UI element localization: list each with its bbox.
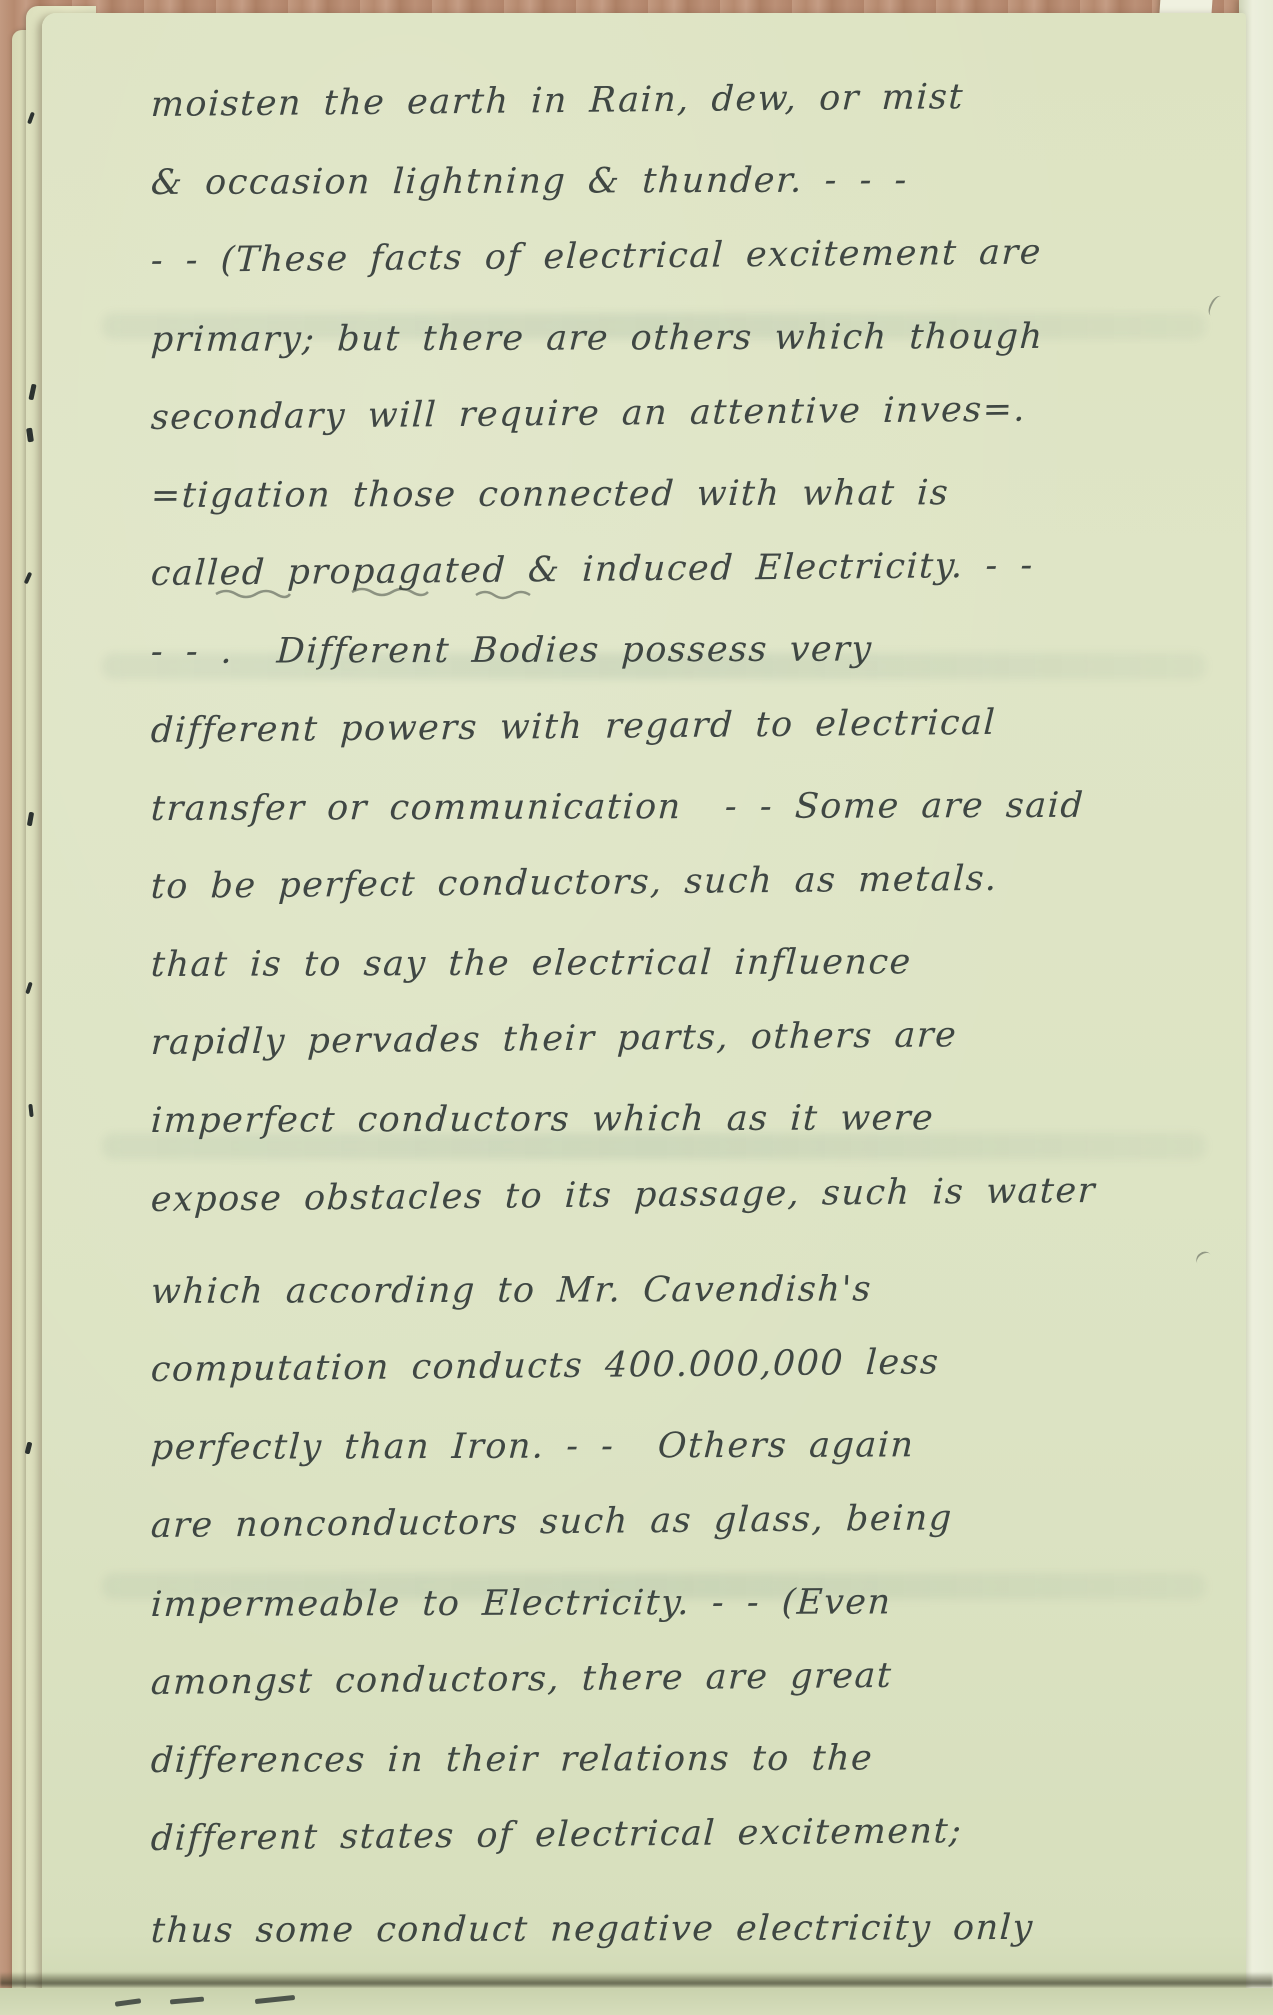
handwriting-line-2: & occasion lightning & thunder. - - - (148, 160, 1188, 242)
handwriting-line-22: differences in their relations to the (148, 1737, 1188, 1819)
partial-next-line-marks (255, 1995, 295, 2004)
handwriting-line-10: transfer or communication - - Some are s… (148, 785, 1188, 867)
handwriting-line-13: rapidly pervades their parts, others are (148, 1013, 1187, 1101)
manuscript-photo: moisten the earth in Rain, dew, or mist&… (0, 0, 1273, 2015)
partial-next-line-marks (170, 1997, 204, 2005)
ink-fleck (1193, 1249, 1214, 1270)
handwriting-line-14: imperfect conductors which as it were (148, 1098, 1188, 1180)
handwriting-line-11: to be perfect conductors, such as metals… (148, 857, 1187, 945)
handwriting-line-23: different states of electrical excitemen… (148, 1809, 1187, 1897)
handwriting-line-9: different powers with regard to electric… (148, 701, 1187, 789)
underline-mark-propagated (214, 587, 292, 599)
handwriting-line-3: - - (These facts of electrical excitemen… (148, 231, 1187, 319)
handwriting-line-19: are nonconductors such as glass, being (148, 1496, 1187, 1584)
handwriting-line-15: expose obstacles to its passage, such is… (148, 1170, 1187, 1258)
handwriting-line-5: secondary will require an attentive inve… (148, 388, 1187, 476)
handwriting-line-17: computation conducts 400.000,000 less (148, 1340, 1187, 1428)
handwriting-line-6: =tigation those connected with what is (148, 472, 1188, 554)
handwriting-line-20: impermeable to Electricity. - - (Even (148, 1581, 1188, 1663)
underline-mark-induced (350, 585, 430, 597)
below-fold-paper (0, 1988, 1273, 2015)
handwriting-line-4: primary; but there are others which thou… (148, 316, 1188, 398)
manuscript-page: moisten the earth in Rain, dew, or mist&… (42, 13, 1246, 2015)
underline-mark-electricity (474, 588, 538, 600)
ink-fleck (1206, 293, 1227, 318)
handwriting-line-1: moisten the earth in Rain, dew, or mist (148, 75, 1187, 163)
handwriting-line-16: which according to Mr. Cavendish's (148, 1268, 1188, 1350)
page-fold-crease (0, 1972, 1273, 1988)
handwriting-line-18: perfectly than Iron. - - Others again (148, 1425, 1188, 1507)
handwriting-line-21: amongst conductors, there are great (148, 1653, 1187, 1741)
handwriting-line-7: called propagated & induced Electricity.… (148, 544, 1187, 632)
handwriting-line-8: - - . Different Bodies possess very (148, 629, 1188, 711)
handwriting-line-12: that is to say the electrical influence (148, 941, 1188, 1023)
handwriting-text-block: moisten the earth in Rain, dew, or mist&… (150, 85, 1186, 1990)
partial-next-line-marks (115, 1998, 141, 2007)
